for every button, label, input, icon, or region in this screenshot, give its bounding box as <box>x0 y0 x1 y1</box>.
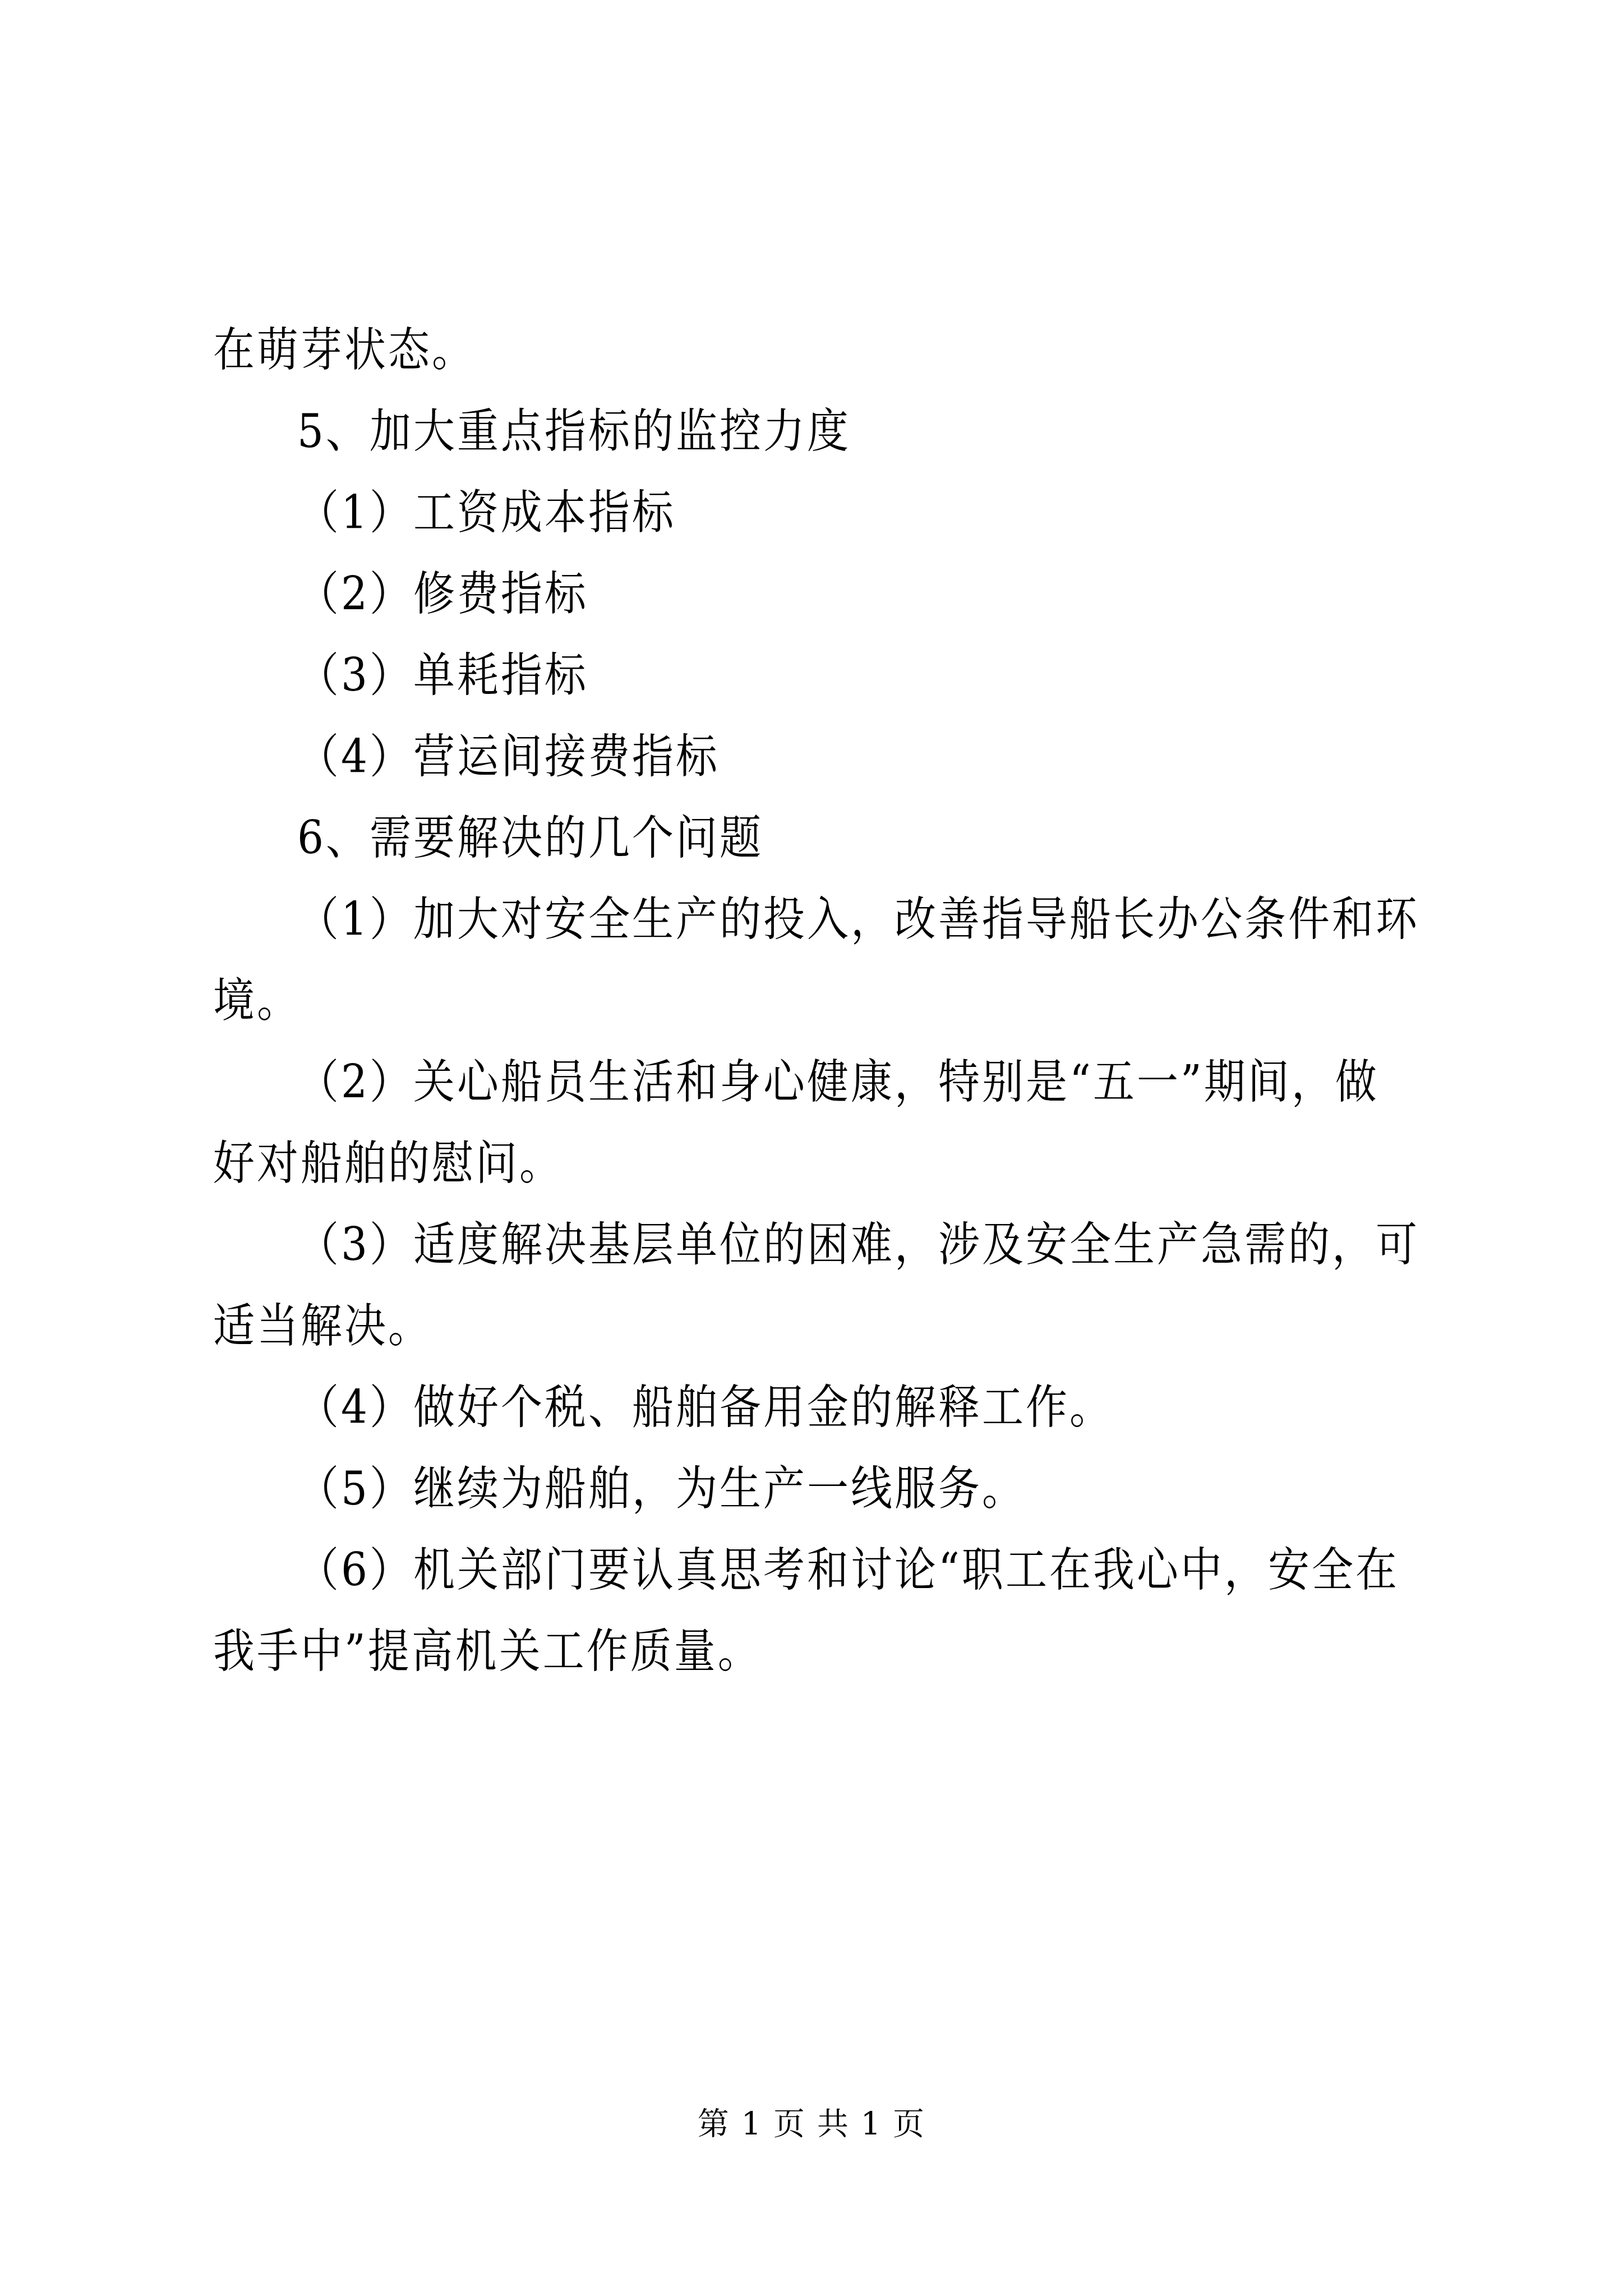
section-heading-6: 6、需要解决的几个问题 <box>213 793 1430 884</box>
list-item-6-3: （3）适度解决基层单位的困难，涉及安全生产急需的，可 <box>213 1199 1430 1290</box>
list-item-6-1: （1）加大对安全生产的投入，改善指导船长办公条件和环 <box>213 874 1430 965</box>
page-number-label: 第 1 页 共 1 页 <box>698 2106 925 2142</box>
document-page: 在萌芽状态。 5、加大重点指标的监控力度 （1）工资成本指标 （2）修费指标 （… <box>0 0 1623 2296</box>
list-item-6-6: （6）机关部门要认真思考和讨论“职工在我心中，安全在 <box>213 1525 1430 1616</box>
list-item-5-2: （2）修费指标 <box>213 549 1430 639</box>
section-heading-5: 5、加大重点指标的监控力度 <box>213 386 1430 477</box>
list-item-6-3-continuation: 适当解决。 <box>213 1281 1430 1372</box>
document-body: 在萌芽状态。 5、加大重点指标的监控力度 （1）工资成本指标 （2）修费指标 （… <box>213 310 1430 1692</box>
list-item-5-4: （4）营运间接费指标 <box>213 711 1430 802</box>
list-item-6-2-continuation: 好对船舶的慰问。 <box>213 1118 1430 1209</box>
list-item-5-3: （3）单耗指标 <box>213 630 1430 721</box>
list-item-5-1: （1）工资成本指标 <box>213 467 1430 558</box>
list-item-6-4: （4）做好个税、船舶备用金的解释工作。 <box>213 1362 1430 1453</box>
list-item-6-5: （5）继续为船舶，为生产一线服务。 <box>213 1443 1430 1534</box>
list-item-6-2: （2）关心船员生活和身心健康，特别是“五一”期间，做 <box>213 1037 1430 1128</box>
page-footer: 第 1 页 共 1 页 <box>0 2105 1623 2144</box>
list-item-6-1-continuation: 境。 <box>213 955 1430 1046</box>
paragraph-line-continuation: 在萌芽状态。 <box>213 305 1430 395</box>
list-item-6-6-continuation: 我手中”提高机关工作质量。 <box>213 1606 1430 1697</box>
